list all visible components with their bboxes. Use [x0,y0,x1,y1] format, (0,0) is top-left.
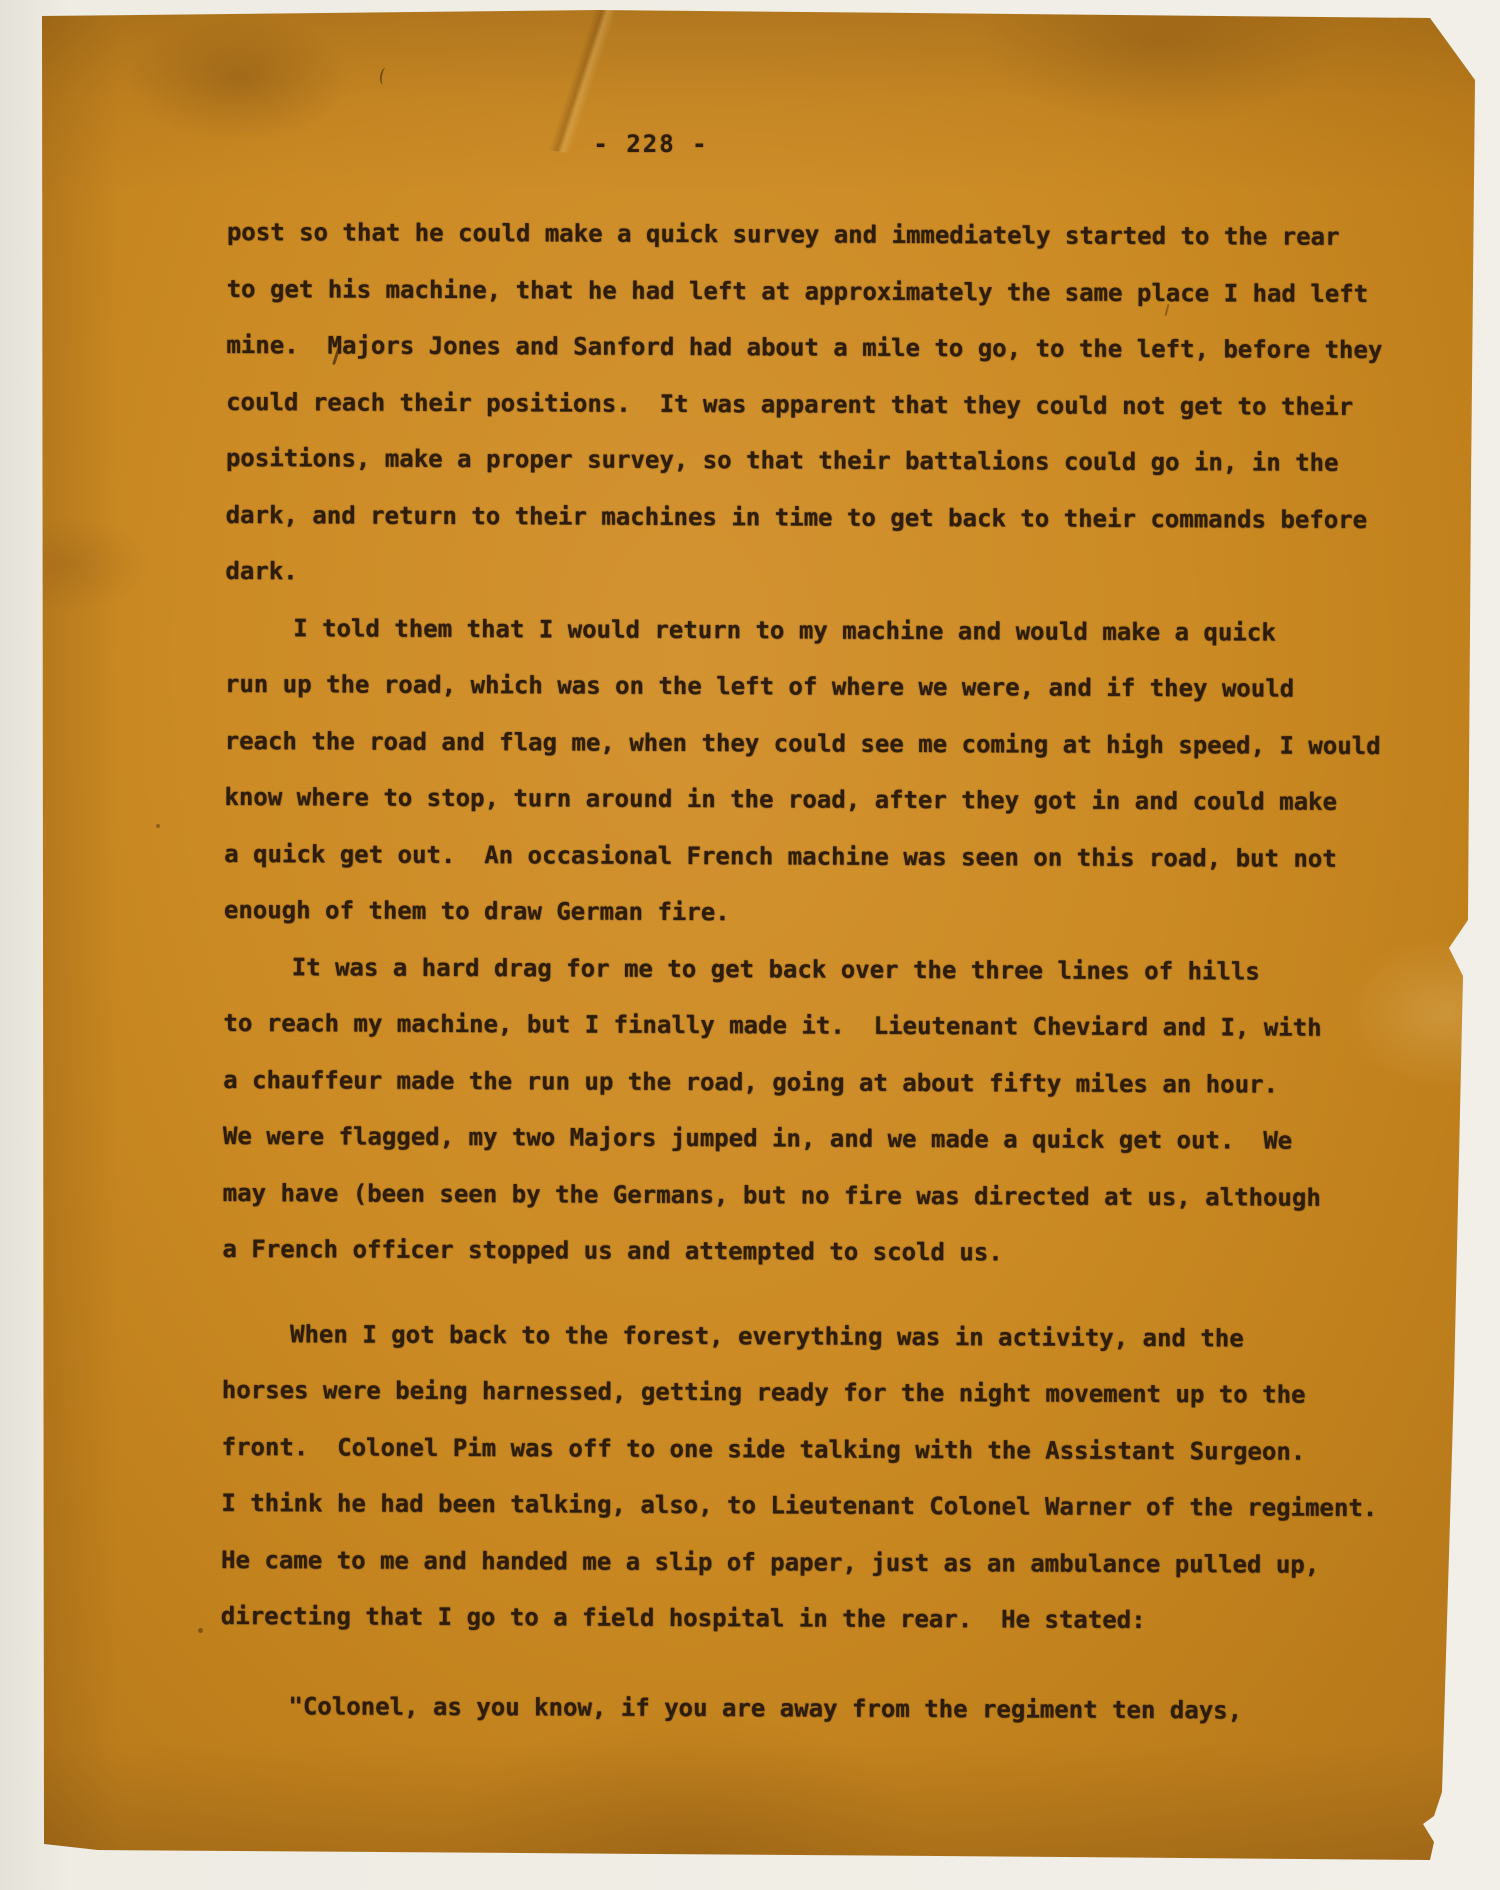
text-line: dark. [225,543,1425,605]
text-line: could reach their positions. It was appa… [226,373,1426,435]
typewritten-text: post so that he could make a quick surve… [220,204,1427,1739]
ink-speck [198,1628,203,1633]
text-line: a French officer stopped us and attempte… [222,1221,1422,1283]
text-line: When I got back to the forest, everythin… [222,1305,1422,1367]
text-line: post so that he could make a quick surve… [227,204,1427,266]
text-line: horses were being harnessed, getting rea… [222,1362,1422,1424]
text-line: I told them that I would return to my ma… [225,599,1425,661]
text-line: dark, and return to their machines in ti… [226,486,1426,548]
text-line: mine. Majors Jones and Sanford had about… [226,317,1426,379]
paper-sheet: - 228 - post so that he could make a qui… [38,4,1476,1872]
text-line: I think he had been talking, also, to Li… [221,1475,1421,1537]
paragraph-3: It was a hard drag for me to get back ov… [222,938,1423,1282]
text-line: to get his machine, that he had left at … [227,260,1427,322]
text-line: may have (been seen by the Germans, but … [223,1164,1423,1226]
paragraph-1: post so that he could make a quick surve… [225,204,1427,605]
text-line: We were flagged, my two Majors jumped in… [223,1108,1423,1170]
text-line: directing that I go to a field hospital … [221,1588,1421,1650]
text-line: run up the road, which was on the left o… [225,656,1425,718]
paragraph-4: When I got back to the forest, everythin… [221,1305,1422,1649]
text-line: a chauffeur made the run up the road, go… [223,1051,1423,1113]
scanned-page: - 228 - post so that he could make a qui… [0,0,1500,1890]
text-line: front. Colonel Pim was off to one side t… [221,1418,1421,1480]
text-line: know where to stop, turn around in the r… [224,769,1424,831]
paragraph-5: "Colonel, as you know, if you are away f… [220,1677,1420,1739]
page-number: - 228 - [501,130,801,158]
text-line: enough of them to draw German fire. [224,882,1424,944]
text-line: "Colonel, as you know, if you are away f… [220,1677,1420,1739]
text-line: It was a hard drag for me to get back ov… [224,938,1424,1000]
text-line: positions, make a proper survey, so that… [226,430,1426,492]
ink-speck [156,824,160,828]
text-line: to reach my machine, but I finally made … [223,995,1423,1057]
text-line: He came to me and handed me a slip of pa… [221,1531,1421,1593]
stray-mark [379,67,390,85]
paragraph-2: I told them that I would return to my ma… [224,599,1425,943]
text-line: reach the road and flag me, when they co… [225,712,1425,774]
text-line: a quick get out. An occasional French ma… [224,825,1424,887]
